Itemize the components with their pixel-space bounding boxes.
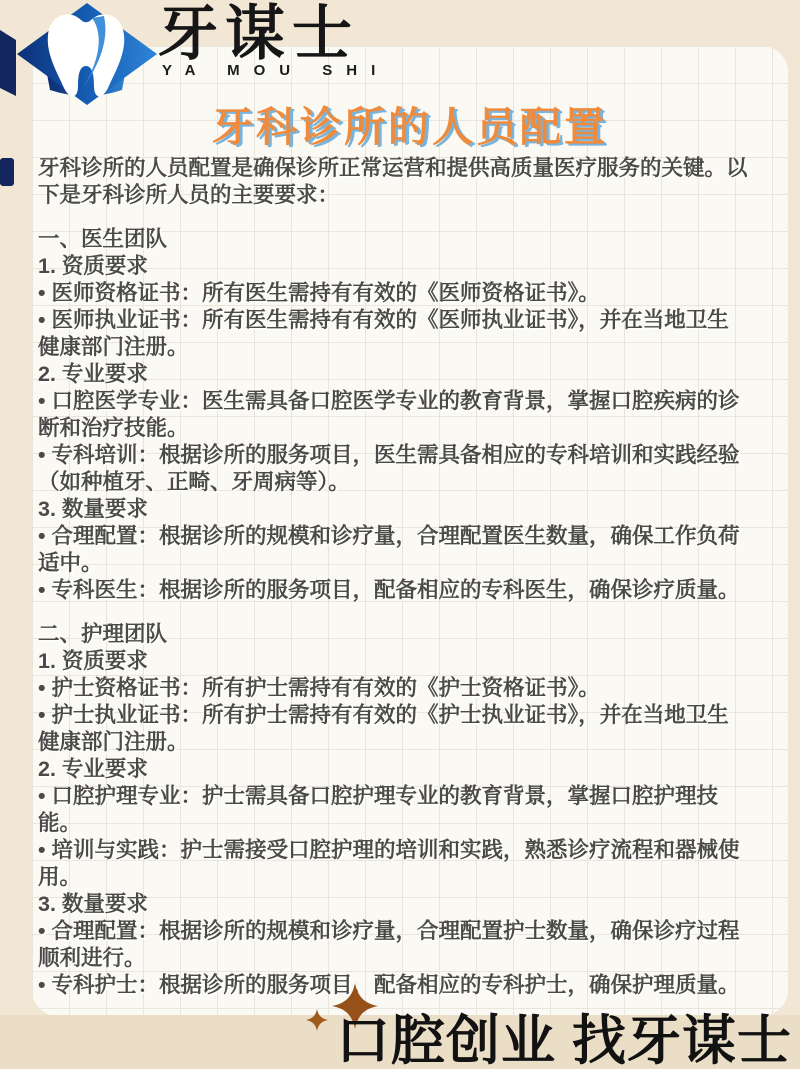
- body-line: • 医师资格证书：所有医生需持有有效的《医师资格证书》。: [38, 280, 774, 307]
- body-line: 断和治疗技能。: [38, 415, 774, 442]
- body-line: • 护士执业证书：所有护士需持有有效的《护士执业证书》，并在当地卫生: [38, 702, 774, 729]
- intro-line: 下是牙科诊所人员的主要要求：: [38, 182, 774, 209]
- brand-name-en: YA MOU SHI: [158, 62, 438, 79]
- body-line: 用。: [38, 864, 774, 891]
- article-body: 牙科诊所的人员配置是确保诊所正常运营和提供高质量医疗服务的关键。以 下是牙科诊所…: [38, 155, 774, 999]
- brand-logo: 牙谋士 YA MOU SHI: [0, 0, 440, 100]
- body-line: 健康部门注册。: [38, 729, 774, 756]
- body-line: 顺利进行。: [38, 945, 774, 972]
- body-line: • 合理配置：根据诊所的规模和诊疗量，合理配置护士数量，确保诊疗过程: [38, 918, 774, 945]
- footer-tagline: 口腔创业 找牙谋士: [336, 998, 792, 1069]
- brand-name-cn: 牙谋士: [158, 2, 438, 66]
- body-line: 1. 资质要求: [38, 648, 774, 675]
- section-heading: 二、护理团队: [38, 621, 774, 648]
- section-doctor-team: 一、医生团队 1. 资质要求 • 医师资格证书：所有医生需持有有效的《医师资格证…: [38, 226, 774, 604]
- body-line: （如种植牙、正畸、牙周病等）。: [38, 469, 774, 496]
- body-line: 能。: [38, 810, 774, 837]
- section-nursing-team: 二、护理团队 1. 资质要求 • 护士资格证书：所有护士需持有有效的《护士资格证…: [38, 621, 774, 999]
- brand-text: 牙谋士 YA MOU SHI: [158, 2, 438, 79]
- body-line: • 口腔护理专业：护士需具备口腔护理专业的教育背景，掌握口腔护理技: [38, 783, 774, 810]
- body-line: • 合理配置：根据诊所的规模和诊疗量，合理配置医生数量，确保工作负荷: [38, 523, 774, 550]
- body-line: • 专科护士：根据诊所的服务项目，配备相应的专科护士，确保护理质量。: [38, 972, 774, 999]
- body-line: 3. 数量要求: [38, 496, 774, 523]
- body-line: 健康部门注册。: [38, 334, 774, 361]
- section-heading: 一、医生团队: [38, 226, 774, 253]
- body-line: • 口腔医学专业：医生需具备口腔医学专业的教育背景，掌握口腔疾病的诊: [38, 388, 774, 415]
- body-line: 3. 数量要求: [38, 891, 774, 918]
- body-line: • 专科培训：根据诊所的服务项目，医生需具备相应的专科培训和实践经验: [38, 442, 774, 469]
- body-line: 2. 专业要求: [38, 361, 774, 388]
- intro-paragraph: 牙科诊所的人员配置是确保诊所正常运营和提供高质量医疗服务的关键。以 下是牙科诊所…: [38, 155, 774, 209]
- body-line: • 培训与实践：护士需接受口腔护理的培训和实践，熟悉诊疗流程和器械使: [38, 837, 774, 864]
- body-line: 适中。: [38, 550, 774, 577]
- body-line: • 专科医生：根据诊所的服务项目，配备相应的专科医生，确保诊疗质量。: [38, 577, 774, 604]
- intro-line: 牙科诊所的人员配置是确保诊所正常运营和提供高质量医疗服务的关键。以: [38, 155, 774, 182]
- four-point-star-icon: [306, 1009, 328, 1031]
- body-line: 1. 资质要求: [38, 253, 774, 280]
- body-line: • 护士资格证书：所有护士需持有有效的《护士资格证书》。: [38, 675, 774, 702]
- page-title: 牙科诊所的人员配置: [32, 94, 788, 153]
- body-line: 2. 专业要求: [38, 756, 774, 783]
- body-line: • 医师执业证书：所有医生需持有有效的《医师执业证书》，并在当地卫生: [38, 307, 774, 334]
